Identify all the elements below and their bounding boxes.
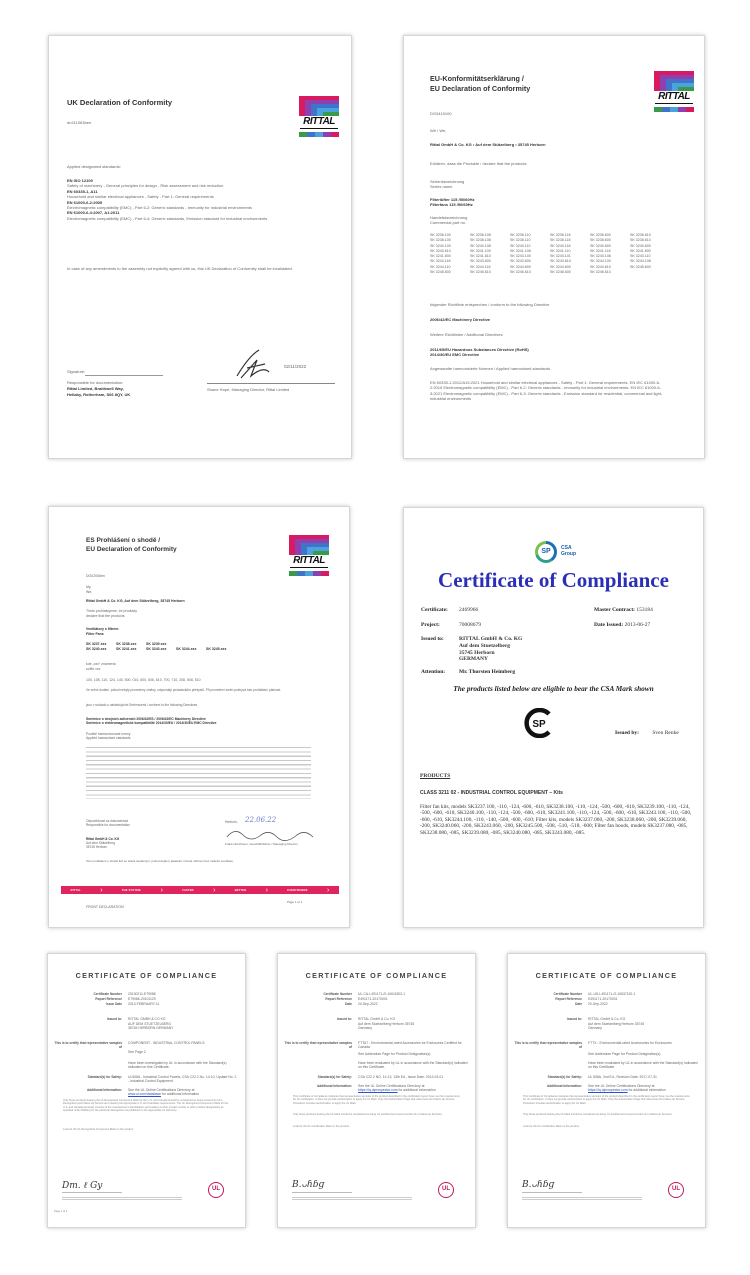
company-line: Rittal GmbH & Co. KG • Auf dem Stützelbe… (430, 142, 546, 147)
body-text-2: Only those products bearing the UL Mark … (293, 1113, 463, 1116)
additional-directive: 2014/30/EU EMC Directive (430, 352, 529, 357)
validity-text: Ve znění dodání, pokud nebyly provedeny … (86, 688, 286, 692)
issued-to-line: Auf dem Stuetzelberg Herborn 35745 (588, 1022, 698, 1026)
certify-label: This is to certify that representative s… (282, 1041, 352, 1049)
footer-band: RITTAL›THE SYSTEM.›FASTER›BETTER›EVERYWH… (61, 886, 339, 894)
additional-label: Additional Information: (512, 1084, 582, 1088)
signature-line (292, 1192, 352, 1193)
rittal-logo: RITTAL (654, 71, 694, 127)
field-label: Report Reference (52, 997, 122, 1001)
standards-label: Standard(s) for Safety: (282, 1075, 352, 1079)
attention-name: Mr. Thorsten Heimberg (459, 669, 515, 675)
responsible-address: Hellaby, Rotherham, S66 8QY, UK (67, 392, 130, 397)
field-value: E491171-20170001 (358, 997, 468, 1001)
chevron-right-icon: › (100, 887, 102, 894)
signature-scribble-icon (225, 825, 315, 843)
csa-group-logo-icon: SP (535, 541, 557, 563)
conform-text: jsou v souladu s následujícími Směrnicem… (86, 703, 286, 707)
page-title: EU-Konformitätserklärung / EU Declaratio… (430, 74, 530, 94)
title-line-cz: ES Prohlášení o shodě / (86, 537, 177, 546)
footer-band-item: BETTER (235, 889, 247, 892)
certify-label: This is to certify that representative s… (52, 1041, 122, 1049)
ul-certificate-page: CERTIFICATE OF COMPLIANCECertificate Num… (47, 953, 246, 1228)
uk-declaration-page: UK Declaration of Conformity dn211063ben… (48, 35, 352, 459)
issued-to-field: Issued to: (421, 636, 444, 642)
footer-band-item: THE SYSTEM. (122, 889, 142, 892)
cz-eu-declaration-page: ES Prohlášení o shodě / EU Declaration o… (48, 506, 350, 928)
master-contract-field: Master Contract: 153184 (594, 607, 653, 613)
page-title: ES Prohlášení o shodě / EU Declaration o… (86, 537, 177, 554)
look-for-text: Look for the UL Certification Mark on th… (523, 1125, 693, 1128)
signatory-name: Shane Hope, Managing Director, Rittal Li… (207, 387, 289, 392)
field-label: Date (282, 1002, 352, 1006)
part-number: SK 3246.610 (590, 270, 630, 275)
additional-info: See the UL Online Certifications Directo… (588, 1084, 698, 1092)
model-number: SK 3243.xxx (146, 647, 176, 652)
responsible-company: Rittal Limited, Braithwell Way, (67, 386, 124, 391)
model-number: SK 3244.xxx (176, 647, 206, 652)
field-label: Project: (421, 622, 440, 628)
suffix-label: kde „xxx“ znamená suffix xxx (86, 662, 116, 671)
issued-to-label: Issued to: (512, 1017, 582, 1021)
date-issued-field: Date Issued: 2013-06-27 (594, 622, 650, 628)
resp-addr: 35745 Herborn (86, 845, 119, 849)
eu-declaration-page: EU-Konformitätserklärung / EU Declaratio… (403, 35, 705, 459)
standards-list: EN ISO 12100 Safety of machinery - Gener… (67, 178, 317, 221)
part-number: SK 3246.600 (550, 270, 590, 275)
field-label: Certificate Number (512, 992, 582, 996)
signature: B.ᴗɦɓɡ (522, 1180, 554, 1190)
chevron-right-icon: › (213, 887, 215, 894)
footer-fine-print (292, 1197, 412, 1201)
declare-line: Tímto prohlašujeme, že produkty declare … (86, 609, 137, 618)
class-line: CLASS 3211 02 - INDUSTRIAL CONTROL EQUIP… (420, 790, 563, 796)
ul-mark-icon: UL (438, 1182, 454, 1198)
look-for-text: Look for the UL Recognized Component Mar… (63, 1128, 233, 1131)
standard-code: EN 61000-6-4:2007, A1:2011 (67, 210, 119, 215)
signature: Dm. ℓ Gy (62, 1180, 102, 1191)
we-cz: My, (86, 585, 92, 590)
address-line: RITTAL GmbH & Co. KG (459, 636, 522, 643)
amendment-note: In case of any amendments to the assembl… (67, 266, 312, 271)
signature-line (85, 375, 163, 376)
chevron-right-icon: › (266, 887, 268, 894)
signature: B.ᴗɦɓɡ (292, 1180, 324, 1190)
series-label-en: Series name (430, 184, 464, 189)
additional-post: for additional information (629, 1088, 666, 1092)
signature-date: 22.06.22 (245, 816, 276, 824)
address-line: Auf dem Stuetzelberg (459, 643, 522, 650)
address-line: 35745 Herborn (459, 650, 522, 657)
signatory: Frank Hinrichsen, Geschäftsführer / Mana… (225, 843, 310, 847)
footer-code: FRONT DECLARATION (86, 905, 124, 910)
series-cz: Ventilátory s filtrem (86, 627, 118, 632)
footer-fine-print (522, 1197, 642, 1201)
series-name: Ventilátory s filtrem Filter Fans (86, 627, 118, 636)
model-list: SK 3237.xxxSK 3238.xxxSK 3239.xxxSK 3240… (86, 642, 236, 651)
responsible-label: Responsible for documentation: (67, 380, 123, 385)
certificate-field: Certificate: 2469966 (421, 607, 448, 613)
field-value: UL-CA-L491171-/0-10611502-1 (358, 992, 468, 996)
rittal-logo: RITTAL (299, 96, 339, 152)
directory-link[interactable]: https://iq.ulprospector.com (358, 1088, 398, 1092)
issued-to-line: RITTAL GmbH & Co. KG (588, 1017, 698, 1021)
field-label: Issue Date (52, 1002, 122, 1006)
issued-by-field: Issued by: Sven Renke (615, 730, 679, 736)
part-number-table: SK 3236.100SK 3236.108SK 3236.110SK 3236… (430, 233, 670, 275)
certify-value: FTTA7 - Environmental-rated Accessories … (358, 1041, 468, 1049)
signatory-line (207, 383, 335, 384)
field-value: 20-Sep-2022 (358, 1002, 468, 1006)
standards-value: CSA C22.2 NO. 14-13, 13th Ed., Issue Dat… (358, 1075, 468, 1079)
footer-page: Page 1 of 1 (287, 900, 302, 905)
issued-to-label: Issued to: (52, 1017, 122, 1021)
standards-label: Použité harmonizované normy Applied harm… (86, 732, 131, 741)
additional-post: for additional information (399, 1088, 436, 1092)
issued-to-address: RITTAL GmbH & Co. KGAuf dem Stuetzelberg… (459, 636, 522, 663)
see-page: See Page 2 (128, 1050, 238, 1054)
responsible-label: Odpovědnost za dokumentaci Responsible f… (86, 819, 130, 827)
body-text: This Certificate of Compliance indicates… (523, 1095, 693, 1105)
page-number: Page 1 of 2 (54, 1210, 94, 1213)
title-line-en: EU Declaration of Conformity (86, 546, 177, 555)
page-title: CERTIFICATE OF COMPLIANCE (278, 971, 475, 980)
csa-certificate-page: SP CSA Group Certificate of Compliance C… (403, 507, 704, 928)
issued-to-line: 35745 HERBORN GERMANY (128, 1026, 238, 1030)
look-for-text: Look for the UL Certification Mark on th… (293, 1125, 463, 1128)
field-label: Report Reference (512, 997, 582, 1001)
standards-label: Angewandte harmonisierte Normen / Applie… (430, 366, 550, 371)
issued-to-line: Germany (358, 1026, 468, 1030)
standards-label-en: Applied harmonised standards (86, 736, 131, 740)
body-text-2: Only those products bearing the UL Mark … (523, 1113, 693, 1116)
model-number: SK 3245.xxx (206, 647, 236, 652)
model-number: SK 3240.xxx (86, 647, 116, 652)
directory-link[interactable]: https://iq.ulprospector.com (588, 1088, 628, 1092)
ul-certificate-page: CERTIFICATE OF COMPLIANCECertificate Num… (277, 953, 476, 1228)
standards-block (86, 747, 311, 799)
signature-label: Signature: (67, 369, 85, 374)
signature-date: 02/11/2022 (284, 364, 306, 369)
address-line: GERMANY (459, 656, 522, 663)
standards-label: Standard(s) for Safety: (512, 1075, 582, 1079)
standard-code: EN 60335-1, A11 (67, 189, 98, 194)
products-text: Filter fan kits, models SK3237.100, -110… (420, 804, 695, 836)
rittal-logo: RITTAL (289, 535, 329, 591)
standards-intro: Applied designated standards: (67, 164, 121, 169)
directives-list: Směrnice o strojních zařízeních 2006/42/… (86, 717, 316, 726)
title-line-en: EU Declaration of Conformity (430, 84, 530, 94)
we-label: Wir / We, (430, 128, 446, 133)
series-en: Filter Fans (86, 632, 118, 637)
certify-value: COMPONENT - INDUSTRIAL CONTROL PANELS (128, 1041, 238, 1045)
standards-value: UL508A - Industrial Control Panels; CSA … (128, 1075, 238, 1083)
eligibility-statement: The products listed below are eligible t… (404, 684, 703, 693)
field-label: Certificate: (421, 607, 448, 613)
series-value-en: Filterfans 115 /50/60Hz (430, 202, 474, 207)
standards-label: Standard(s) for Safety: (52, 1075, 122, 1079)
csa-mark-icon: SP (524, 708, 552, 736)
model-row: SK 3240.xxxSK 3241.xxxSK 3243.xxxSK 3244… (86, 647, 236, 652)
field-value: 20-Sep-2022 (588, 1002, 698, 1006)
footer-band-item: RITTAL (71, 889, 81, 892)
issued-to-label: Issued to: (282, 1017, 352, 1021)
standards-value: UL 508A, 2nd Ed., Revision Date: 2017-07… (588, 1075, 698, 1079)
part-number: SK 3245.610 (470, 270, 510, 275)
doc-number: DG02006en (86, 574, 105, 579)
suffix-label-cz: kde „xxx“ znamená (86, 662, 116, 667)
footer-band-item: EVERYWHERE (287, 889, 307, 892)
standard-desc: Electromagnetic compatibility (EMC) - Pa… (67, 216, 317, 221)
issued-to-line: RITTAL GMBH & CO KG (128, 1017, 238, 1021)
group-text: Group (561, 551, 576, 557)
additional-label: Additional Information: (52, 1088, 122, 1092)
doc-number: dn211063ben (67, 120, 91, 125)
page-title: CERTIFICATE OF COMPLIANCE (48, 971, 245, 980)
additional-label: Weitere Richtlinien / Additional Directi… (430, 332, 503, 337)
field-label: Issued by: (615, 730, 639, 736)
issued-to-line: RITTAL GmbH & Co. KG (358, 1017, 468, 1021)
investigated-text: Have been evaluated by UL in accordance … (358, 1061, 468, 1069)
responsible-address: Rittal GmbH & Co. KG Auf dem Stützelberg… (86, 837, 119, 850)
page-title: CERTIFICATE OF COMPLIANCE (508, 971, 705, 980)
closing-note: Toto prohlášení o shodě EU se stává nepl… (86, 860, 316, 864)
standard-code: EN 61000-6-2:2005 (67, 200, 102, 205)
chevron-right-icon: › (327, 887, 329, 894)
declare-line: Erklären, dass die Produkte / declare th… (430, 161, 527, 166)
ul-mark-icon: UL (208, 1182, 224, 1198)
additional-label: Additional Information: (282, 1084, 352, 1088)
footer-band-item: FASTER (182, 889, 193, 892)
directory-link[interactable]: www.ul.com/database (128, 1092, 161, 1096)
field-value: 2013-FEBRUARY-11 (128, 1002, 238, 1006)
additional-info: See the UL Online Certifications Directo… (358, 1084, 468, 1092)
project-number: 70008679 (459, 622, 481, 628)
declare-en: declare that the products (86, 614, 137, 619)
series-label: Serienbezeichnung Series name (430, 179, 464, 190)
declare-cz: Tímto prohlašujeme, že produkty (86, 609, 137, 614)
svg-text:SP: SP (532, 719, 546, 730)
ul-certificate-page: CERTIFICATE OF COMPLIANCECertificate Num… (507, 953, 706, 1228)
suffix-label-en: suffix xxx (86, 667, 116, 672)
master-contract-number: 153184 (636, 607, 653, 613)
doc-number: DG0415100 (430, 111, 452, 116)
field-value: UL-US-L491171-/0-10637152-1 (588, 992, 698, 996)
field-label: Report Reference (282, 997, 352, 1001)
csa-group-wordmark: CSA Group (561, 545, 576, 557)
directive-intro: folgender Richtlinie entsprechen / confo… (430, 302, 549, 307)
standard-code: EN ISO 12100 (67, 178, 93, 183)
company-line: Rittal GmbH & Co. KG, Auf dem Stützelber… (86, 599, 185, 604)
directive: Směrnice o elektromagnetické kompatibili… (86, 721, 316, 725)
additional-directives: 2011/65/EU Hazardous Substances Directiv… (430, 347, 529, 358)
we-label: My, We, (86, 585, 92, 594)
investigated-text: Have been evaluated by UL in accordance … (588, 1061, 698, 1069)
body-text: This Certificate of Compliance indicates… (293, 1095, 463, 1105)
additional-info: See the UL Online Certifications Directo… (128, 1088, 238, 1096)
certify-value: FTTX - Environmental-rated Accessories f… (588, 1041, 698, 1045)
field-label: Master Contract: (594, 607, 635, 613)
part-number-row: SK 3245.600SK 3245.610SK 3246.610SK 3246… (430, 270, 670, 275)
signature-line (522, 1192, 582, 1193)
field-label: Issued to: (421, 636, 444, 642)
ul-mark-icon: UL (668, 1182, 684, 1198)
page-title: UK Declaration of Conformity (67, 98, 172, 108)
field-value: 20130211-E79086 (128, 992, 238, 996)
signature-scribble-icon (229, 346, 279, 386)
signature-line (62, 1192, 122, 1193)
field-label: Certificate Number (52, 992, 122, 996)
field-label: Date (512, 1002, 582, 1006)
part-number: SK 3246.610 (510, 270, 550, 275)
field-label: Attention: (421, 669, 445, 675)
chevron-right-icon: › (161, 887, 163, 894)
standards-text: EN 60335-1:2012/A15:2021 Household and s… (430, 380, 670, 402)
issued-by-name: Sven Renke (652, 730, 678, 736)
products-heading: PRODUCTS (420, 773, 450, 779)
investigated-text: Have been investigated by UL in accordan… (128, 1061, 238, 1069)
part-label: Handelsbezeichnung Commercial part no. (430, 215, 467, 226)
part-number: SK 3245.600 (630, 265, 670, 270)
part-label-en: Commercial part no. (430, 220, 467, 225)
field-label: Certificate Number (282, 992, 352, 996)
title-line-de: EU-Konformitätserklärung / (430, 74, 530, 84)
certificate-number: 2469966 (459, 607, 478, 613)
body-text: Only those products bearing the UL Recog… (63, 1099, 233, 1113)
series-value: Filterlüfter 115 /50/60Hz Filterfans 115… (430, 197, 474, 208)
part-number: SK 3245.600 (430, 270, 470, 275)
suffix-values: 100, 108, 110, 124, 140, 500, 010, 600, … (86, 678, 201, 683)
issued-to-line: Germany (588, 1026, 698, 1030)
field-label: Date Issued: (594, 622, 623, 628)
field-value: E491171-20170001 (588, 997, 698, 1001)
we-en: We, (86, 590, 92, 595)
see-page: See Addendum Page for Product Designatio… (588, 1052, 698, 1056)
issued-to-line: Auf dem Stuetzelberg Herborn 35745 (358, 1022, 468, 1026)
directive-main: 2006/42/EC Machinery Directive (430, 317, 490, 322)
page-title: Certificate of Compliance (404, 568, 703, 593)
date-issued: 2013-06-27 (625, 622, 651, 628)
certify-label: This is to certify that representative s… (512, 1041, 582, 1049)
additional-post: for additional information (162, 1092, 199, 1096)
see-page: See Addendum Page for Product Designatio… (358, 1052, 468, 1056)
issued-to-line: AUF DEM STUETZELBERG (128, 1022, 238, 1026)
field-value: E79086-20101129 (128, 997, 238, 1001)
footer-fine-print (62, 1197, 182, 1201)
attention-field: Attention: Mr. Thorsten Heimberg (421, 669, 445, 675)
model-number: SK 3241.xxx (116, 647, 146, 652)
resp-label-en: Responsible for documentation (86, 823, 130, 827)
project-field: Project: 70008679 (421, 622, 440, 628)
